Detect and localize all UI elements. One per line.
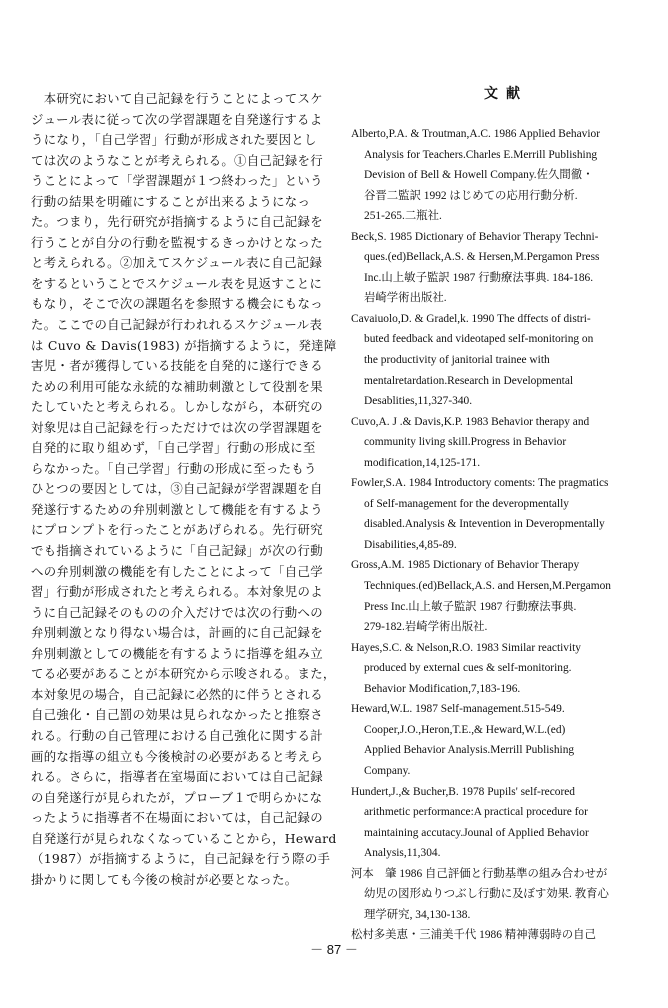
references-heading: 文献 — [369, 84, 643, 104]
reference-line: 理学研究, 34,130-138. — [351, 905, 643, 926]
body-text-line: らなかった。「自己学習」行動の形成に至ったもう — [31, 459, 315, 480]
body-text-line: は Cuvo & Davis(1983) が指摘するように，発達障 — [31, 336, 315, 357]
body-text-line: うになり，「自己学習」行動が形成された要因とし — [31, 130, 315, 151]
body-text-line: 習」行動が形成されたと考えられる。本対象児のよ — [31, 582, 315, 603]
reference-line: Techniques.(ed)Bellack,A.S. and Hersen,M… — [351, 576, 643, 597]
reference-line: Beck,S. 1985 Dictionary of Behavior Ther… — [351, 227, 643, 248]
body-text-line: （1987）が指摘するように，自己記録を行う際の手 — [31, 849, 315, 870]
reference-entry: Cavaiuolo,D. & Gradel,k. 1990 The dffect… — [351, 309, 643, 412]
body-text-line: 自発遂行が見られなくなっていることから，Heward — [31, 829, 315, 850]
body-text-line: 自発的に取り組めず，「自己学習」行動の形成に至 — [31, 438, 315, 459]
reference-line: of Self-management for the deveropmental… — [351, 494, 643, 515]
body-text-line: の自発遂行が見られたが，プローブ１で明らかにな — [31, 788, 315, 809]
reference-line: ques.(ed)Bellack,A.S. & Hersen,M.Pergamo… — [351, 247, 643, 268]
body-text-line: 発遂行するための弁別刺激として機能を有するよう — [31, 500, 315, 521]
body-text-line: 画的な指導の組立も今後検討の必要があると考えら — [31, 747, 315, 768]
reference-line: Cooper,J.O.,Heron,T.E.,& Heward,W.L.(ed) — [351, 720, 643, 741]
reference-line: disabled.Analysis & Intevention in Dever… — [351, 514, 643, 535]
body-text-line: うことによって「学習課題が１つ終わった」という — [31, 171, 315, 192]
body-text-line: うに自己記録そのものの介入だけでは次の行動への — [31, 603, 315, 624]
reference-line: Cavaiuolo,D. & Gradel,k. 1990 The dffect… — [351, 309, 643, 330]
reference-line: Fowler,S.A. 1984 Introductory coments: T… — [351, 473, 643, 494]
body-text-line: たしていたと考えられる。しかしながら，本研究の — [31, 397, 315, 418]
reference-entry: Cuvo,A. J .& Davis,K.P. 1983 Behavior th… — [351, 412, 643, 474]
reference-entry: 河本 肇 1986 自己評価と行動基準の組み合わせが幼児の図形ぬりつぶし行動に及… — [351, 864, 643, 926]
body-text-line: でも指摘されているように「自己記録」が次の行動 — [31, 541, 315, 562]
reference-line: buted feedback and videotaped self-monit… — [351, 329, 643, 350]
page-number: － 87 － — [0, 939, 668, 958]
reference-line: Press Inc.山上敏子監訳 1987 行動療法事典. — [351, 597, 643, 618]
body-text-line: 本研究において自己記録を行うことによってスケ — [31, 89, 315, 110]
reference-line: Analysis for Teachers.Charles E.Merrill … — [351, 145, 643, 166]
body-text-column: 本研究において自己記録を行うことによってスケジュール表に従って次の学習課題を自発… — [31, 89, 315, 890]
reference-line: Company. — [351, 761, 643, 782]
body-text-line: ための利用可能な永続的な補助刺激として役割を果 — [31, 377, 315, 398]
reference-line: Cuvo,A. J .& Davis,K.P. 1983 Behavior th… — [351, 412, 643, 433]
reference-line: Inc.山上敏子監訳 1987 行動療法事典. 184-186. — [351, 268, 643, 289]
reference-line: produced by external cues & self-monitor… — [351, 658, 643, 679]
reference-line: Disabilities,4,85-89. — [351, 535, 643, 556]
body-text-line: ては次のようなことが考えられる。①自己記録を行 — [31, 151, 315, 172]
body-text-line: にプロンプトを行ったことがあげられる。先行研究 — [31, 520, 315, 541]
body-text-line: 害児・者が獲得している技能を自発的に遂行できる — [31, 356, 315, 377]
body-text-line: 弁別刺激としての機能を有するように指導を組み立 — [31, 644, 315, 665]
reference-line: 幼児の図形ぬりつぶし行動に及ぼす効果. 教育心 — [351, 884, 643, 905]
reference-line: maintaining accutacy.Jounal of Applied B… — [351, 823, 643, 844]
reference-line: Analysis,11,304. — [351, 843, 643, 864]
reference-line: Heward,W.L. 1987 Self-management.515-549… — [351, 699, 643, 720]
reference-entry: Gross,A.M. 1985 Dictionary of Behavior T… — [351, 555, 643, 637]
reference-line: Desablities,11,327-340. — [351, 391, 643, 412]
reference-line: 河本 肇 1986 自己評価と行動基準の組み合わせが — [351, 864, 643, 885]
body-text-line: をするということでスケジュール表を見返すことに — [31, 274, 315, 295]
reference-line: community living skill.Progress in Behav… — [351, 432, 643, 453]
body-text-line: ひとつの要因としては，③自己記録が学習課題を自 — [31, 479, 315, 500]
body-text-line: ジュール表に従って次の学習課題を自発遂行するよ — [31, 110, 315, 131]
reference-entry: Fowler,S.A. 1984 Introductory coments: T… — [351, 473, 643, 555]
reference-line: 279-182.岩崎学術出版社. — [351, 617, 643, 638]
body-text-line: もなり，そこで次の課題名を参照する機会にもなっ — [31, 294, 315, 315]
body-text-line: ったように指導者不在場面においては，自己記録の — [31, 808, 315, 829]
reference-line: mentalretardation.Research in Developmen… — [351, 371, 643, 392]
reference-line: the productivity of janitorial trainee w… — [351, 350, 643, 371]
reference-entry: Beck,S. 1985 Dictionary of Behavior Ther… — [351, 227, 643, 309]
reference-entry: Hundert,J.,& Bucher,B. 1978 Pupils' self… — [351, 782, 643, 864]
body-text-line: れる。さらに，指導者在室場面においては自己記録 — [31, 767, 315, 788]
body-text-line: てる必要があることが本研究から示唆される。また， — [31, 664, 315, 685]
body-text-line: れる。行動の自己管理における自己強化に関する計 — [31, 726, 315, 747]
reference-line: 谷晋二監訳 1992 はじめての応用行動分析. — [351, 186, 643, 207]
reference-entry: Heward,W.L. 1987 Self-management.515-549… — [351, 699, 643, 781]
body-text-line: 掛かりに関しても今後の検討が必要となった。 — [31, 870, 315, 891]
reference-line: Gross,A.M. 1985 Dictionary of Behavior T… — [351, 555, 643, 576]
body-text-line: 行動の結果を明確にすることが出来るようになっ — [31, 192, 315, 213]
reference-line: Hundert,J.,& Bucher,B. 1978 Pupils' self… — [351, 782, 643, 803]
reference-line: Behavior Modification,7,183-196. — [351, 679, 643, 700]
reference-line: modification,14,125-171. — [351, 453, 643, 474]
body-text-line: 本対象児の場合，自己記録に必然的に伴うとされる — [31, 685, 315, 706]
references-column: 文献 Alberto,P.A. & Troutman,A.C. 1986 App… — [351, 84, 643, 946]
body-text-line: 行うことが自分の行動を監視するきっかけとなった — [31, 233, 315, 254]
reference-entry: Alberto,P.A. & Troutman,A.C. 1986 Applie… — [351, 124, 643, 227]
reference-entry: Hayes,S.C. & Nelson,R.O. 1983 Similar re… — [351, 638, 643, 700]
body-text-line: た。ここでの自己記録が行われれるスケジュール表 — [31, 315, 315, 336]
reference-line: Hayes,S.C. & Nelson,R.O. 1983 Similar re… — [351, 638, 643, 659]
body-text-line: への弁別刺激の機能を有したことによって「自己学 — [31, 562, 315, 583]
body-text-line: 対象児は自己記録を行っただけでは次の学習課題を — [31, 418, 315, 439]
body-text-line: た。つまり，先行研究が指摘するように自己記録を — [31, 212, 315, 233]
reference-line: 岩崎学術出版社. — [351, 288, 643, 309]
reference-line: Devision of Bell & Howell Company.佐久間徹・ — [351, 165, 643, 186]
reference-line: Alberto,P.A. & Troutman,A.C. 1986 Applie… — [351, 124, 643, 145]
body-text-line: 自己強化・自己罰の効果は見られなかったと推察さ — [31, 705, 315, 726]
references-list: Alberto,P.A. & Troutman,A.C. 1986 Applie… — [351, 124, 643, 946]
body-text-line: 弁別刺激となり得ない場合は，計画的に自己記録を — [31, 623, 315, 644]
reference-line: Applied Behavior Analysis.Merrill Publis… — [351, 740, 643, 761]
body-text-line: と考えられる。②加えてスケジュール表に自己記録 — [31, 253, 315, 274]
reference-line: 251-265.二瓶社. — [351, 206, 643, 227]
reference-line: arithmetic performance:A practical proce… — [351, 802, 643, 823]
